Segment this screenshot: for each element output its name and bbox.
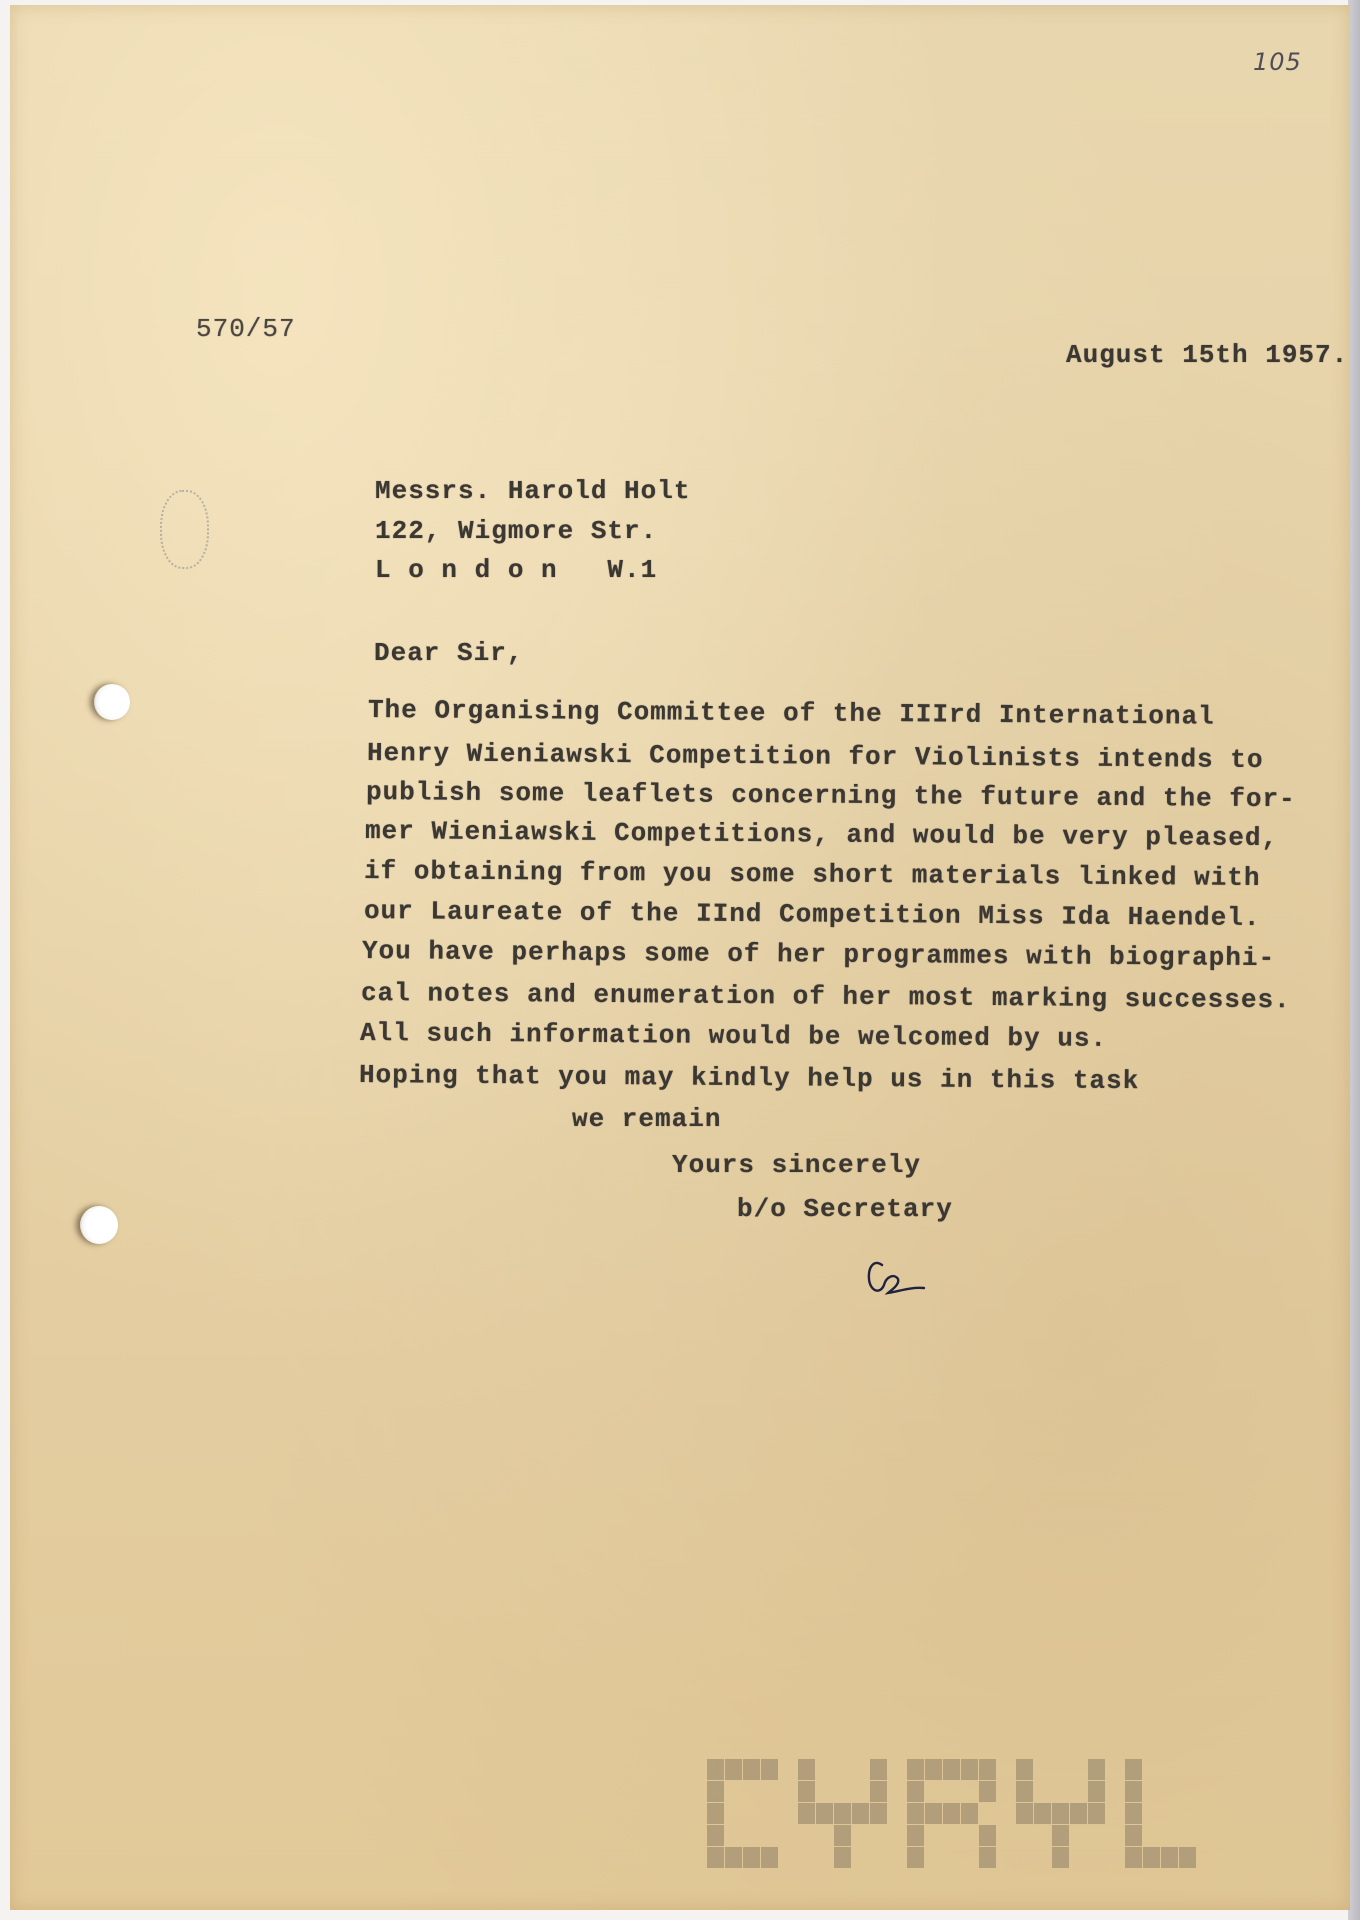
watermark-cell bbox=[707, 1803, 724, 1824]
recipient-line-3: L o n d o n W.1 bbox=[375, 557, 657, 583]
closing-yours-sincerely: Yours sincerely bbox=[672, 1152, 921, 1178]
watermark-cell bbox=[1016, 1781, 1033, 1802]
body-line: You have perhaps some of her programmes … bbox=[362, 938, 1275, 971]
watermark-cell bbox=[979, 1847, 996, 1868]
watermark-cell bbox=[707, 1847, 724, 1868]
watermark-cell bbox=[725, 1759, 742, 1780]
body-line: if obtaining from you some short materia… bbox=[364, 858, 1261, 891]
watermark-cell bbox=[743, 1759, 760, 1780]
closing-we-remain: we remain bbox=[572, 1106, 721, 1132]
watermark-cell bbox=[979, 1759, 996, 1780]
watermark-cell bbox=[907, 1847, 924, 1868]
signatory-title: b/o Secretary bbox=[737, 1196, 953, 1222]
body-line: publish some leaflets concerning the fut… bbox=[366, 779, 1296, 812]
watermark-cell bbox=[943, 1759, 960, 1780]
watermark-cell bbox=[707, 1759, 724, 1780]
body-line: Hoping that you may kindly help us in th… bbox=[359, 1062, 1140, 1094]
watermark-cell bbox=[707, 1825, 724, 1846]
watermark-cell bbox=[907, 1825, 924, 1846]
watermark-cell bbox=[816, 1803, 833, 1824]
watermark-cell bbox=[907, 1781, 924, 1802]
watermark-cell bbox=[743, 1847, 760, 1868]
watermark-cell bbox=[1125, 1825, 1142, 1846]
watermark-cell bbox=[1179, 1847, 1196, 1868]
watermark-cell bbox=[870, 1803, 887, 1824]
watermark-cell bbox=[798, 1803, 815, 1824]
watermark-cell bbox=[870, 1759, 887, 1780]
body-line: All such information would be welcomed b… bbox=[360, 1020, 1107, 1052]
watermark-cell bbox=[1016, 1759, 1033, 1780]
watermark-cell bbox=[852, 1803, 869, 1824]
watermark-cell bbox=[979, 1825, 996, 1846]
body-line: cal notes and enumeration of her most ma… bbox=[361, 980, 1291, 1013]
watermark-cell bbox=[1125, 1803, 1142, 1824]
watermark-cell bbox=[1125, 1781, 1142, 1802]
watermark-cell bbox=[1161, 1847, 1178, 1868]
watermark-cell bbox=[961, 1803, 978, 1824]
faded-stamp-mark bbox=[160, 490, 209, 569]
watermark-cell bbox=[834, 1803, 851, 1824]
page-number: 105 bbox=[1253, 48, 1302, 76]
watermark-cell bbox=[761, 1847, 778, 1868]
body-line: The Organising Committee of the IIIrd In… bbox=[368, 697, 1215, 730]
watermark-cell bbox=[1052, 1847, 1069, 1868]
recipient-line-2: 122, Wigmore Str. bbox=[375, 518, 657, 544]
watermark-cell bbox=[1143, 1847, 1160, 1868]
body-line: our Laureate of the IInd Competition Mis… bbox=[364, 898, 1261, 931]
punch-hole-top bbox=[94, 684, 130, 720]
watermark-cell bbox=[834, 1847, 851, 1868]
watermark-cell bbox=[979, 1781, 996, 1802]
watermark-cell bbox=[1125, 1847, 1142, 1868]
watermark-cell bbox=[943, 1803, 960, 1824]
letter-date: August 15th 1957. bbox=[1066, 342, 1348, 368]
watermark-cell bbox=[907, 1759, 924, 1780]
watermark-cell bbox=[925, 1759, 942, 1780]
watermark-cell bbox=[1088, 1759, 1105, 1780]
recipient-line-1: Messrs. Harold Holt bbox=[375, 478, 690, 504]
punch-hole-bottom bbox=[80, 1206, 118, 1244]
body-line: Henry Wieniawski Competition for Violini… bbox=[367, 740, 1264, 773]
watermark-cell bbox=[907, 1803, 924, 1824]
watermark-cell bbox=[798, 1781, 815, 1802]
watermark-cell bbox=[761, 1759, 778, 1780]
watermark-cell bbox=[925, 1803, 942, 1824]
watermark-cell bbox=[1052, 1803, 1069, 1824]
watermark-cell bbox=[870, 1781, 887, 1802]
watermark-cell bbox=[1088, 1781, 1105, 1802]
reference-number: 570/57 bbox=[196, 316, 296, 342]
body-line: mer Wieniawski Competitions, and would b… bbox=[365, 818, 1278, 851]
salutation: Dear Sir, bbox=[374, 640, 523, 666]
watermark-cell bbox=[1125, 1759, 1142, 1780]
watermark-cell bbox=[1070, 1803, 1087, 1824]
handwritten-signature bbox=[860, 1255, 940, 1305]
watermark-cell bbox=[834, 1825, 851, 1846]
watermark-cell bbox=[798, 1759, 815, 1780]
watermark-cell bbox=[1052, 1825, 1069, 1846]
watermark-cell bbox=[1034, 1803, 1051, 1824]
watermark-cell bbox=[1088, 1803, 1105, 1824]
watermark-cell bbox=[1016, 1803, 1033, 1824]
watermark-cell bbox=[725, 1847, 742, 1868]
watermark-cell bbox=[961, 1759, 978, 1780]
watermark-cell bbox=[707, 1781, 724, 1802]
